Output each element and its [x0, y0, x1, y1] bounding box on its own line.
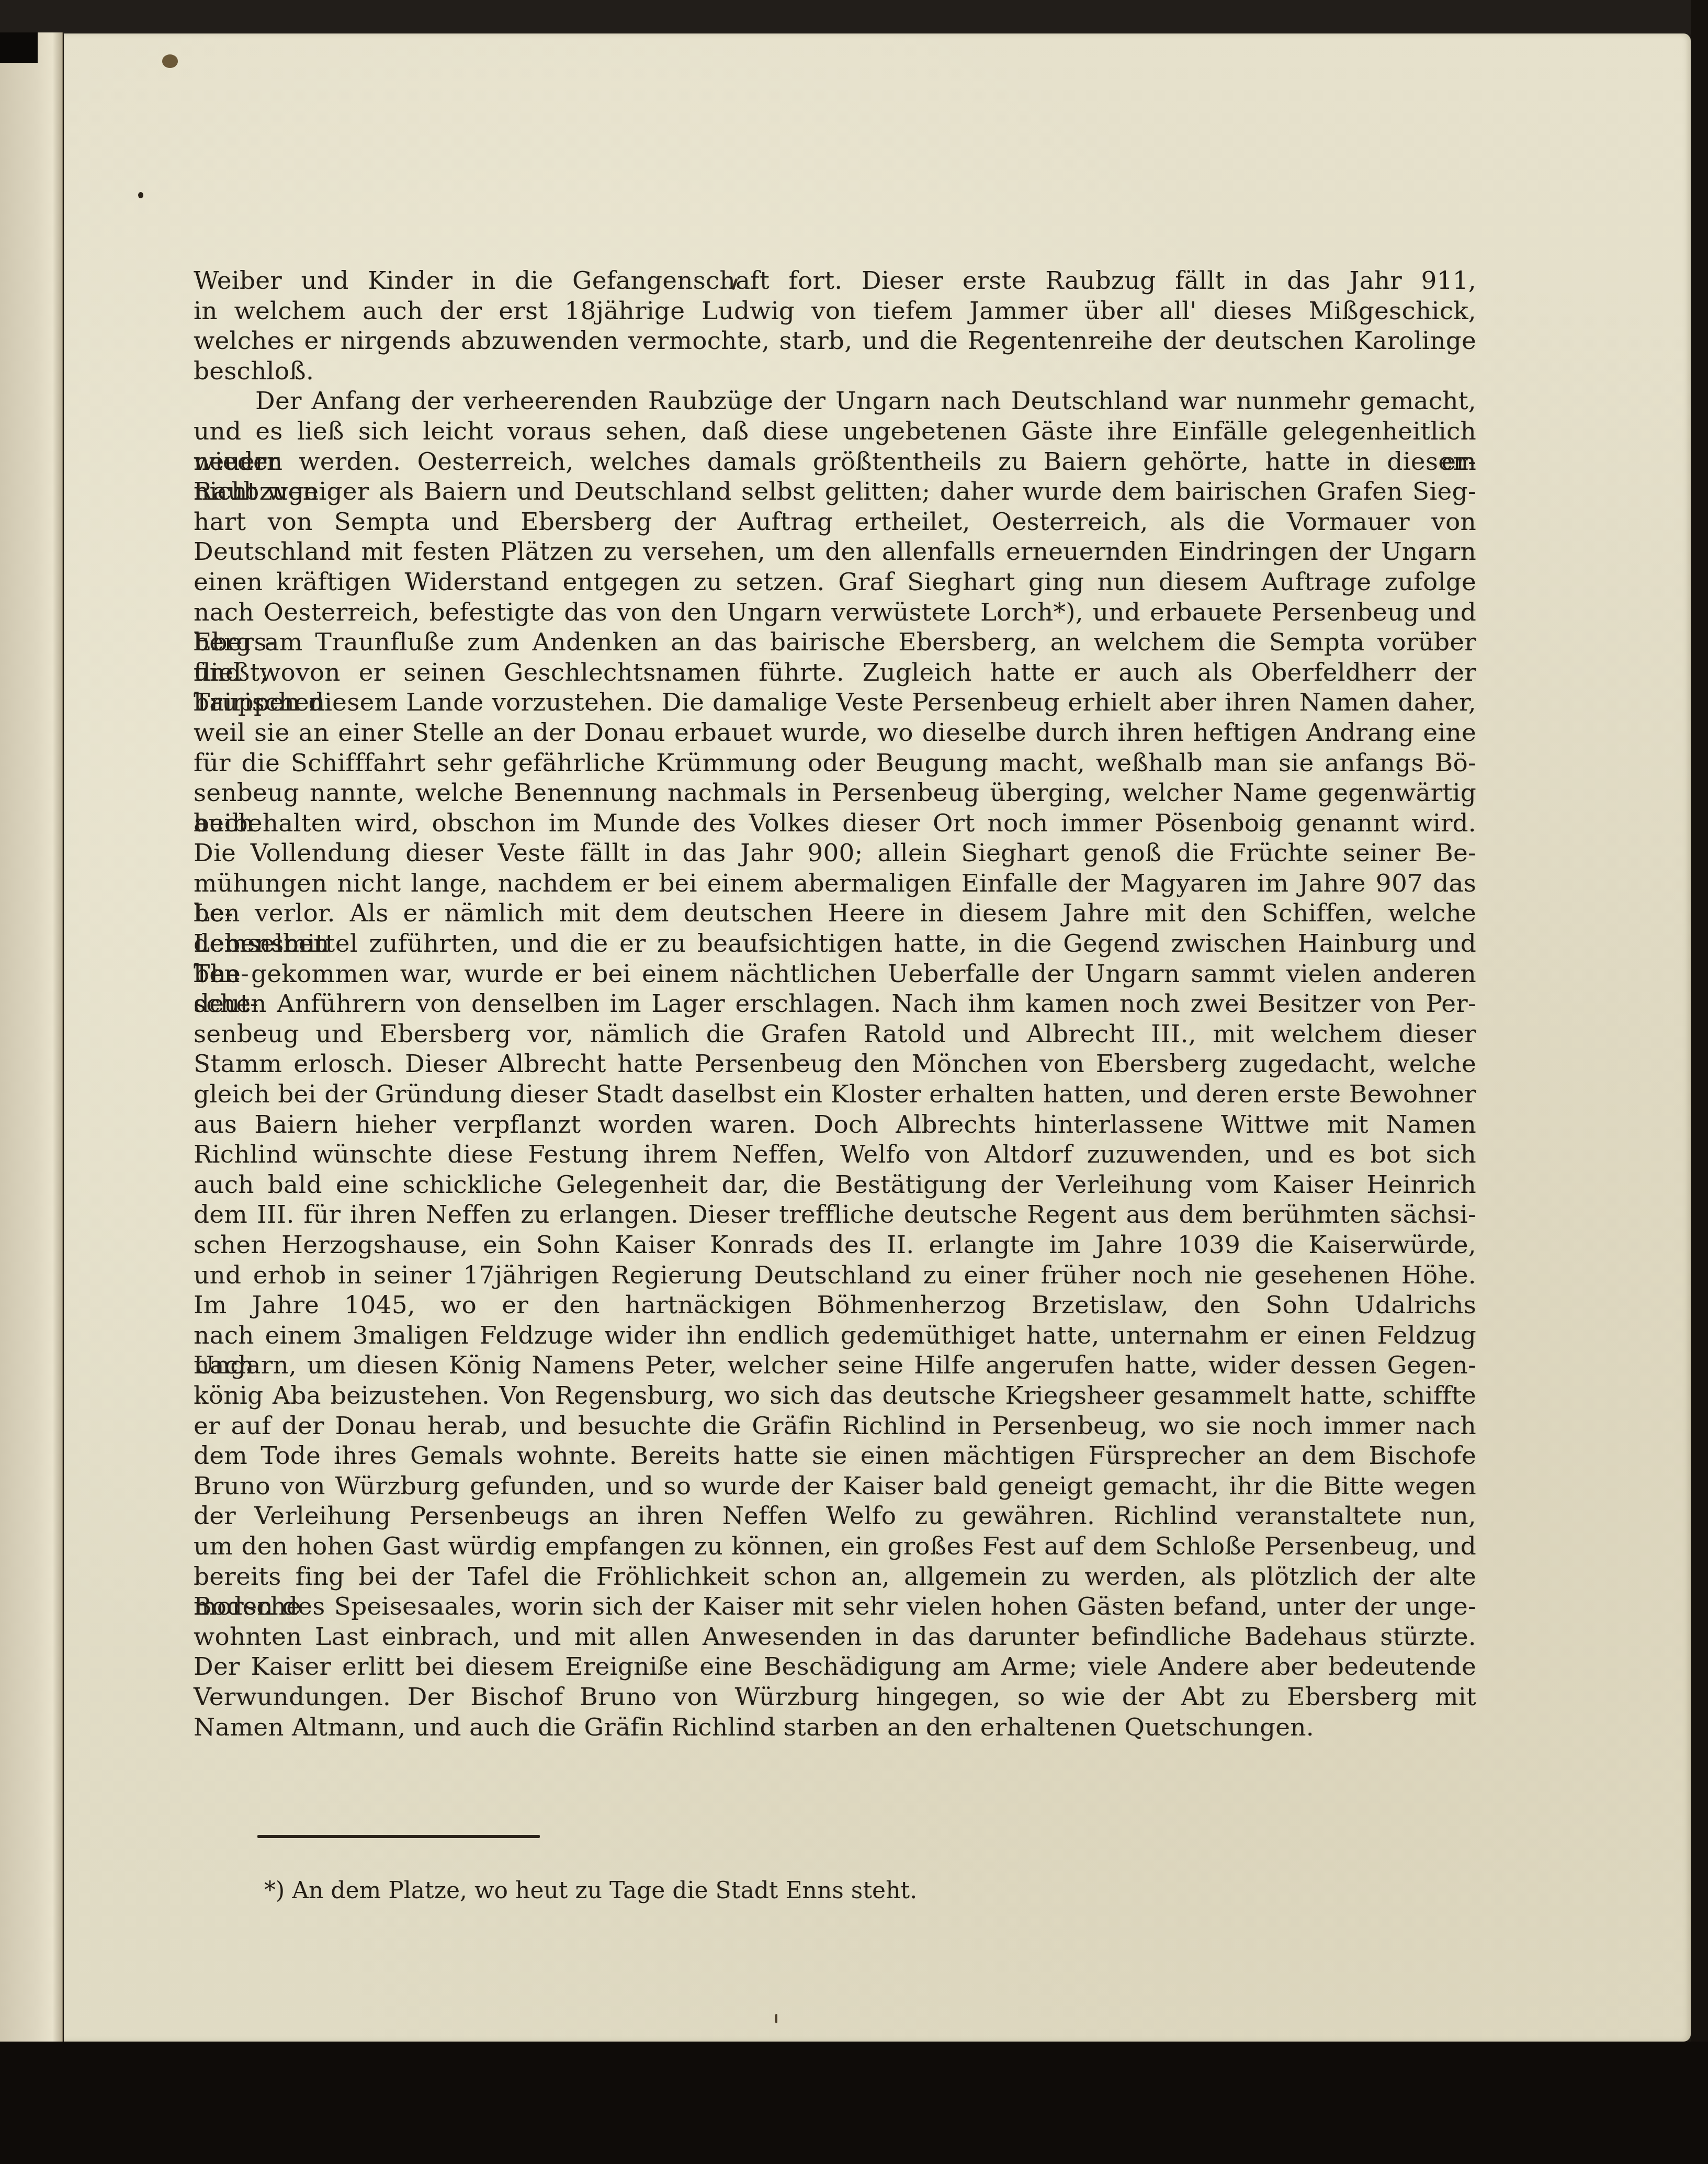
text-line-content: wohnten Last einbrach, und mit allen Anw… — [194, 1622, 1476, 1652]
text-line-content: um den hohen Gast würdig empfangen zu kö… — [194, 1531, 1476, 1562]
binding-notch — [0, 32, 38, 63]
text-line-content: welches er nirgends abzuwenden vermochte… — [194, 326, 1476, 356]
text-line: Ungarn, um diesen König Namens Peter, we… — [194, 1350, 1476, 1381]
text-line: Die Vollendung dieser Veste fällt in das… — [194, 838, 1476, 869]
text-line: senbeug und Ebersberg vor, nämlich die G… — [194, 1019, 1476, 1050]
text-line: welches er nirgends abzuwenden vermochte… — [194, 326, 1476, 356]
text-line-content: hart von Sempta und Ebersberg der Auftra… — [194, 507, 1476, 537]
text-line: hart von Sempta und Ebersberg der Auftra… — [194, 507, 1476, 537]
text-line: Namen Altmann, und auch die Gräfin Richl… — [194, 1712, 1476, 1743]
text-line-content: nicht weniger als Baiern und Deutschland… — [194, 477, 1476, 507]
text-line-content: beschloß. — [194, 356, 1476, 387]
text-line: aus Baiern hieher verpflanzt worden ware… — [194, 1110, 1476, 1140]
text-line-content: auch bald eine schickliche Gelegenheit d… — [194, 1170, 1476, 1200]
text-line-content: Der Anfang der verheerenden Raubzüge der… — [255, 386, 1476, 416]
text-line: einen kräftigen Widerstand entgegen zu s… — [194, 567, 1476, 598]
text-line: nach einem 3maligen Feldzuge wider ihn e… — [194, 1321, 1476, 1351]
text-line-content: Boden des Speisesaales, worin sich der K… — [194, 1592, 1476, 1622]
scan-frame-bottom — [0, 2042, 1708, 2164]
text-line: Der Anfang der verheerenden Raubzüge der… — [194, 386, 1476, 416]
text-line: Bruno von Würzburg gefunden, und so wurd… — [194, 1471, 1476, 1502]
text-line: Im Jahre 1045, wo er den hartnäckigen Bö… — [194, 1290, 1476, 1321]
text-line-content: für die Schifffahrt sehr gefährliche Krü… — [194, 748, 1476, 779]
text-line-content: schen Herzogshause, ein Sohn Kaiser Konr… — [194, 1230, 1476, 1260]
text-line-content: könig Aba beizustehen. Von Regensburg, w… — [194, 1381, 1476, 1411]
text-line-content: und erhob in seiner 17jährigen Regierung… — [194, 1260, 1476, 1291]
text-line: nicht weniger als Baiern und Deutschland… — [194, 477, 1476, 507]
text-line-content: beibehalten wird, obschon im Munde des V… — [194, 808, 1476, 839]
text-line: ben gekommen war, wurde er bei einem näc… — [194, 959, 1476, 989]
text-line: neuern werden. Oesterreich, welches dama… — [194, 447, 1476, 477]
text-line-content: Der Kaiser erlitt bei diesem Ereigniße e… — [194, 1652, 1476, 1682]
text-line: und wovon er seinen Geschlechtsnamen füh… — [194, 658, 1476, 688]
footnote-separator — [257, 1835, 540, 1838]
text-line-content: weil sie an einer Stelle an der Donau er… — [194, 718, 1476, 748]
body-text: Weiber und Kinder in die Gefangenschaft … — [194, 266, 1476, 1742]
text-line: ben verlor. Als er nämlich mit dem deuts… — [194, 898, 1476, 929]
footnote: *) An dem Platze, wo heut zu Tage die St… — [264, 1876, 917, 1906]
text-line: auch bald eine schickliche Gelegenheit d… — [194, 1170, 1476, 1200]
text-line-content: er auf der Donau herab, und besuchte die… — [194, 1411, 1476, 1441]
text-line-content: Verwundungen. Der Bischof Bruno von Würz… — [194, 1682, 1476, 1712]
text-line: dem Tode ihres Gemals wohnte. Bereits ha… — [194, 1441, 1476, 1471]
text-line-content: Namen Altmann, und auch die Gräfin Richl… — [194, 1712, 1476, 1743]
text-line-content: Die Vollendung dieser Veste fällt in das… — [194, 838, 1476, 869]
text-line: dem III. für ihren Neffen zu erlangen. D… — [194, 1200, 1476, 1230]
text-line: in welchem auch der erst 18jährige Ludwi… — [194, 296, 1476, 326]
text-line: der Verleihung Persenbeugs an ihren Neff… — [194, 1501, 1476, 1531]
text-line: und erhob in seiner 17jährigen Regierung… — [194, 1260, 1476, 1291]
text-line: Verwundungen. Der Bischof Bruno von Würz… — [194, 1682, 1476, 1712]
text-line: nach Oesterreich, befestigte das von den… — [194, 598, 1476, 628]
text-line-content: Weiber und Kinder in die Gefangenschaft … — [194, 266, 1476, 296]
text-line-content: Truppen diesem Lande vorzustehen. Die da… — [194, 687, 1476, 718]
text-line: mühungen nicht lange, nachdem er bei ein… — [194, 869, 1476, 899]
text-line: weil sie an einer Stelle an der Donau er… — [194, 718, 1476, 748]
text-line: Lebensmittel zuführten, und die er zu be… — [194, 929, 1476, 959]
text-line: beschloß. — [194, 356, 1476, 387]
text-line-content: Bruno von Würzburg gefunden, und so wurd… — [194, 1471, 1476, 1502]
text-line-content: Deutschland mit festen Plätzen zu verseh… — [194, 537, 1476, 567]
scan-frame-right — [1691, 0, 1708, 2164]
text-line-content: Im Jahre 1045, wo er den hartnäckigen Bö… — [194, 1290, 1476, 1321]
book-binding-edge — [0, 32, 63, 2042]
text-line: um den hohen Gast würdig empfangen zu kö… — [194, 1531, 1476, 1562]
text-line: Der Kaiser erlitt bei diesem Ereigniße e… — [194, 1652, 1476, 1682]
text-line: bereits fing bei der Tafel die Fröhlichk… — [194, 1562, 1476, 1592]
text-line: Boden des Speisesaales, worin sich der K… — [194, 1592, 1476, 1622]
text-line-content: dem Tode ihres Gemals wohnte. Bereits ha… — [194, 1441, 1476, 1471]
scan-frame-top — [0, 0, 1708, 35]
text-line: senbeug nannte, welche Benennung nachmal… — [194, 778, 1476, 808]
text-line: Richlind wünschte diese Festung ihrem Ne… — [194, 1140, 1476, 1170]
text-line: beibehalten wird, obschon im Munde des V… — [194, 808, 1476, 839]
text-line: berg am Traunfluße zum Andenken an das b… — [194, 627, 1476, 658]
text-line: schen Anführern von denselben im Lager e… — [194, 989, 1476, 1019]
text-line: und es ließ sich leicht voraus sehen, da… — [194, 416, 1476, 447]
paper-speck — [162, 54, 178, 68]
text-line-content: in welchem auch der erst 18jährige Ludwi… — [194, 296, 1476, 326]
text-line: er auf der Donau herab, und besuchte die… — [194, 1411, 1476, 1441]
text-line: schen Herzogshause, ein Sohn Kaiser Konr… — [194, 1230, 1476, 1260]
text-line-content: aus Baiern hieher verpflanzt worden ware… — [194, 1110, 1476, 1140]
text-line-content: senbeug und Ebersberg vor, nämlich die G… — [194, 1019, 1476, 1050]
text-line: Deutschland mit festen Plätzen zu verseh… — [194, 537, 1476, 567]
text-line-content: schen Anführern von denselben im Lager e… — [194, 989, 1476, 1019]
text-line: für die Schifffahrt sehr gefährliche Krü… — [194, 748, 1476, 779]
text-line: gleich bei der Gründung dieser Stadt das… — [194, 1079, 1476, 1110]
text-line: Truppen diesem Lande vorzustehen. Die da… — [194, 687, 1476, 718]
text-line-content: einen kräftigen Widerstand entgegen zu s… — [194, 567, 1476, 598]
text-line: Stamm erlosch. Dieser Albrecht hatte Per… — [194, 1049, 1476, 1079]
text-line-content: Stamm erlosch. Dieser Albrecht hatte Per… — [194, 1049, 1476, 1079]
paper-speck — [138, 192, 143, 198]
text-line: wohnten Last einbrach, und mit allen Anw… — [194, 1622, 1476, 1652]
text-line: Weiber und Kinder in die Gefangenschaft … — [194, 266, 1476, 296]
text-line-content: Richlind wünschte diese Festung ihrem Ne… — [194, 1140, 1476, 1170]
text-line-content: der Verleihung Persenbeugs an ihren Neff… — [194, 1501, 1476, 1531]
text-line-content: Ungarn, um diesen König Namens Peter, we… — [194, 1350, 1476, 1381]
paper-speck — [775, 2014, 777, 2023]
text-line-content: dem III. für ihren Neffen zu erlangen. D… — [194, 1200, 1476, 1230]
text-line-content: gleich bei der Gründung dieser Stadt das… — [194, 1079, 1476, 1110]
text-line: könig Aba beizustehen. Von Regensburg, w… — [194, 1381, 1476, 1411]
